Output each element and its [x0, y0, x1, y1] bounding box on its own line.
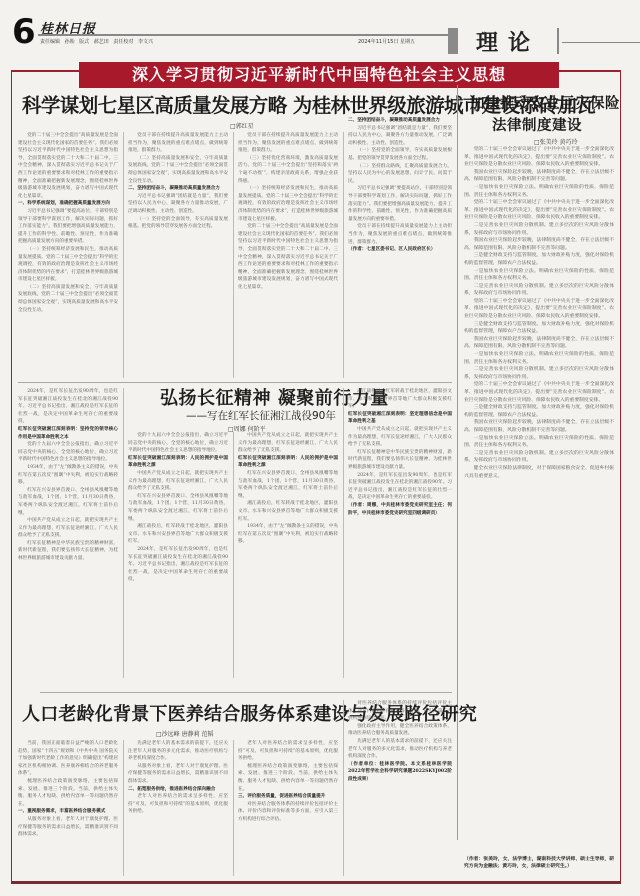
column-divider [123, 740, 124, 876]
paragraph: 党的二十届三中全会提出“高质量发展是全面建设社会主义现代化国家的首要任务”。我们… [18, 132, 118, 200]
paragraph: 党的二十届三中全会审议通过了《中共中央关于进一步全面深化改革、推进中国式现代化的… [464, 298, 614, 321]
paragraph: （二）坚持高质量发展和安全，守牢高质量发展底线。党的二十届三中全会提出“必须全面… [128, 155, 228, 185]
article1-column-2: 党员干部在持续提升高质量发展能力上主动担当作为，聚焦发展的重点难点堵点，做到统筹… [128, 132, 228, 378]
paragraph: 红军长征精神是中华民族宝贵的精神财富，新时代新征程，我们要弘扬伟大长征精神，为桂… [18, 540, 118, 563]
paragraph: 1934年，由于“左”倾教条主义的错误，中央红军在第五次反“围剿”中失利，被迫实… [238, 523, 338, 546]
paragraph: （二）坚持群众路线，汇聚高质量发展合力。坚持以人民为中心的发展思想，问计于民、问… [348, 163, 452, 186]
column-divider [343, 700, 344, 876]
paragraph: 党的二十届三中全会审议通过了《中共中央关于进一步全面深化改革、推进中国式现代化的… [464, 146, 614, 169]
editors-line: 责任编辑 孙貽 版式 郝艺田 责任校对 李文兴 [40, 38, 153, 45]
paragraph: 一是加快农业巨灾保险立法。明确农业巨灾保险的性质、保险范围、责任主体和各方权利义… [464, 435, 614, 450]
section-marker-block [448, 28, 458, 54]
paragraph: 2024年，是红军长征出发90周年，也是红军长征突破湘江战役发生在桂北的湘江战役… [128, 546, 228, 584]
paragraph: 党的二十届三中全会提出“高质量发展是全面建设社会主义现代化国家的首要任务”。我们… [238, 223, 338, 291]
paragraph: 红军在兴安县界首渡口、全州县凤凰嘴等地与敌军血战，1个团、1个营，11月30日黄… [238, 470, 338, 500]
paragraph: （一）坚持党的全面领导，夯实高质量发展根基。把党的领导贯穿发展各方面全过程。 [348, 147, 452, 162]
article1-subhead-2-alt: 二、坚持团结奋斗，凝聚推动高质量发展合力 [348, 117, 452, 125]
article1-column-1: 党的二十届三中全会提出“高质量发展是全面建设社会主义现代化国家的首要任务”。我们… [18, 132, 118, 378]
article2-title-line2: 法律制度建设 [492, 114, 582, 135]
paragraph: 二是完善农业巨灾风险分散机制。建立多层次的巨灾风险分散体系，发挥政府与市场协同作… [464, 450, 614, 465]
article4-column-2: 先满足老年人的基本需求的前提下，还应关注老年人对服务的多元化需求，推动医疗机构与… [128, 740, 228, 876]
article1-column-3: 党员干部在持续提升高质量发展能力上主动担当作为，聚焦发展的重点难点堵点，做到统筹… [238, 132, 338, 378]
column-divider [233, 132, 234, 378]
section-title: 理论 [476, 26, 540, 57]
paragraph: 红军在兴安县界首渡口、全州县凤凰嘴等地与敌军血战，1个团、1个营，11月30日黄… [128, 493, 228, 523]
frame-bottom-border [11, 881, 621, 884]
paragraph: 1934年，由于“左”倾教条主义的错误，中央红军在第五次反“围剿”中失利，被迫实… [18, 464, 118, 487]
paragraph: 健全农业巨灾保险法律制度，对于保障国家粮食安全、促进乡村振兴具有重要意义。 [464, 465, 614, 480]
article3-column-2: 党的十九届六中全会公报指出，确立习近平同志党中央的核心、全党的核心地位，确立习近… [128, 432, 228, 678]
article2-column: 党的二十届三中全会审议通过了《中共中央关于进一步全面深化改革、推进中国式现代化的… [464, 146, 614, 871]
paragraph: 从服务对象上看，老年人对于康复护理、医疗保健等服务的需求日益增长，需精准识别不同… [18, 816, 118, 839]
article1-subhead-2: 二、坚持团结奋斗，凝聚推动高质量发展合力 [128, 185, 228, 193]
paragraph: 三是健全财政支持与监管制度。加大财政补贴力度，强化对保险机构的监督管理，保障农户… [464, 321, 614, 336]
paragraph: 习近平总书记强调“团结就是力量”，我们要坚持以人民为中心，凝聚各方力量推动发展，… [128, 193, 228, 216]
paragraph: （一）坚持统筹经济发展和民生，推动高质量发展提质。党的二十届三中全会提出“科学的… [238, 185, 338, 223]
paragraph: 二是完善农业巨灾风险分散机制。建立多层次的巨灾风险分散体系，发挥政府与市场协同作… [464, 222, 614, 237]
article2-author-note: （作者：张美玲，女，法学博士，湖南科技大学讲师、硕士生导师，研究方向为金融法；黄… [464, 856, 614, 871]
paragraph: 党员干部在持续提升高质量发展能力上主动担当作为，聚焦发展的重点难点堵点，做到统筹… [128, 132, 228, 155]
paragraph: 2024年，是红军长征出发90周年，也是红军长征突破湘江战役发生在桂北的湘江战役… [348, 472, 452, 502]
paragraph: 我国农业巨灾保险起步较晚，法律制度尚不健全，存在立法层级不高、保障范围有限、风险… [464, 169, 614, 184]
article1-byline: □郭红星 [230, 121, 254, 130]
paragraph: （一）坚持党的全面领导，夯实高质量发展根基。把党的领导贯穿发展各方面全过程。 [128, 216, 228, 231]
paragraph: 习近平总书记强调“要提高站位，干部特别是领导干部要科学谋划工作，解决实际问题，抓… [348, 185, 452, 223]
article3-subhead-3: 红军长征突破湘江深刻表明：坚定理想信念是中国革命胜利之基 [348, 411, 452, 426]
paragraph: 老年人对医养结合的需求呈多样性，应坚持“可及、可负担和可持续”的基本原则，优化服… [128, 793, 228, 816]
masthead-rule [38, 34, 450, 36]
right-column-divider [457, 85, 458, 840]
paragraph: 湘江战役后，红军转战于桂北地区，灌阳县文市、水车和兴安县界首等地广大群众积极支援… [348, 388, 452, 411]
paragraph: 湘江战役后，红军转战于桂北地区，灌阳县文市、水车和兴安县界首等地广大群众积极支援… [238, 500, 338, 523]
paragraph: 党的十九届六中全会公报指出，确立习近平同志党中央的核心、全党的核心地位，确立习近… [128, 432, 228, 455]
paragraph: 老年人对医养结合的需求呈多样性，应坚持“可及、可负担和可持续”的基本原则，优化服… [238, 740, 338, 763]
column-divider [343, 132, 344, 378]
article2-byline: □张美玲 黄巧玲 [534, 137, 578, 146]
article1-author-note: （作者：七星区委书记、区人民政府区长） [348, 246, 452, 254]
article3-subhead-2b: 红军长征突破湘江深刻表明：人民的拥护是中国革命胜利之源 [238, 455, 338, 470]
paragraph: 对医养结合服务体系的持续评价包括评价主体、评价内容和评价标准等多方面，应引入第三… [238, 801, 338, 824]
paragraph: 二是完善农业巨灾风险分散机制。建立多层次的巨灾风险分散体系，发挥政府与市场协同作… [464, 366, 614, 381]
paragraph: 一是加快农业巨灾保险立法。明确农业巨灾保险的性质、保险范围、责任主体和各方权利义… [464, 351, 614, 366]
paragraph: 二是完善农业巨灾风险分散机制。建立多层次的巨灾风险分散体系，发挥政府与市场协同作… [464, 283, 614, 298]
paragraph: 强化政府主导作用，健全医养结合政策体系，推动医养结合服务高质量发展。 [348, 723, 452, 738]
article3-column-3: 中国共产党从成立之日起，就把实现共产主义作为最高理想，红军长征途经湘江，广大人民… [238, 432, 338, 678]
paragraph: 湘江战役后，红军转战于桂北地区，灌阳县文市、水车和兴安县界首等地广大群众积极支援… [128, 523, 228, 546]
paragraph: 中国共产党从成立之日起，就把实现共产主义作为最高理想，红军长征途经湘江，广大人民… [128, 470, 228, 493]
article3-subhead-1: 红军长征突破湘江深刻表明：坚持党的领导核心作用是中国革命胜利之本 [18, 426, 118, 441]
paragraph: 红军长征精神是中华民族宝贵的精神财富，新时代新征程，我们要弘扬伟大长征精神，为桂… [348, 449, 452, 472]
paragraph: 一是加快农业巨灾保险立法。明确农业巨灾保险的性质、保险范围、责任主体和各方权利义… [464, 268, 614, 283]
paragraph: 当前，我国正面临着日益严峻的人口老龄化趋势，国家“十四五”规划和《中共中央 国务… [18, 740, 118, 778]
section-divider [18, 382, 452, 383]
paragraph: 三是健全财政支持与监管制度。加大财政补贴力度，强化对保险机构的监督管理，保障农户… [464, 252, 614, 267]
paragraph: 党员干部在持续提升高质量发展能力上主动担当作为，聚焦发展的重点难点堵点，做到统筹… [348, 223, 452, 246]
column-divider [123, 388, 124, 678]
article1-column-4: 二、坚持团结奋斗，凝聚推动高质量发展合力 习近平总书记强调“团结就是力量”，我们… [348, 117, 452, 378]
column-divider [123, 132, 124, 378]
paragraph: 2024年，是红军长征出发90周年，也是红军长征突破湘江战役发生在桂北的湘江战役… [18, 388, 118, 426]
paragraph: 从服务对象上看，老年人对于康复护理、医疗保健等服务的需求日益增长，需精准识别不同… [128, 763, 228, 786]
column-divider [233, 740, 234, 876]
paragraph: 我国农业巨灾保险起步较晚，法律制度尚不健全，存在立法层级不高、保障范围有限、风险… [464, 237, 614, 252]
article3-column-1: 2024年，是红军长征出发90周年，也是红军长征突破湘江战役发生在桂北的湘江战役… [18, 388, 118, 678]
paragraph: 中国共产党从成立之日起，就把实现共产主义作为最高理想，红军长征途经湘江，广大人民… [238, 432, 338, 455]
paragraph: 梳理医养结合政策演变脉络，主要包括探索、发展、推进三个阶段。当前，供给主体失衡、… [18, 778, 118, 808]
paragraph: 中国共产党从成立之日起，就把实现共产主义作为最高理想，红军长征途经湘江，广大人民… [348, 426, 452, 449]
article2-title-line1: 加快推动农业巨灾保险 [470, 92, 620, 113]
article3-subhead-2: 红军长征突破湘江深刻表明：人民的拥护是中国革命胜利之源 [128, 455, 228, 470]
paragraph: 党的十九届六中全会公报指出，确立习近平同志党中央的核心、全党的核心地位，确立习近… [18, 441, 118, 464]
section-divider [40, 692, 452, 693]
page-number: 6 [12, 14, 36, 50]
article3-subtitle: ——写在红军长征湘江战役90年 [186, 408, 336, 423]
column-divider [343, 388, 344, 678]
masthead: 6 桂林日报 责任编辑 孙貽 版式 郝艺田 责任校对 李文兴 2024年11月1… [0, 0, 640, 60]
paragraph: 先满足老年人的基本需求的前提下，还应关注老年人对服务的多元化需求，推动医疗机构与… [348, 738, 452, 761]
paragraph: 党的二十届三中全会审议通过了《中共中央关于进一步全面深化改革、推进中国式现代化的… [464, 381, 614, 404]
paragraph: 红军在兴安县界首渡口、全州县凤凰嘴等地与敌军血战，1个团、1个营，11月30日黄… [18, 487, 118, 517]
paragraph: 习近平总书记强调“要提高站位，干部特别是领导干部要科学谋划工作，解决实际问题，抓… [18, 208, 118, 246]
article3-author-note: （作者：周娜，中共桂林市委党史研究室主任；何阶平，中共桂林市委党史研究室四级调研… [348, 502, 452, 517]
column-divider [233, 432, 234, 678]
paragraph: 我国农业巨灾保险起步较晚，法律制度尚不健全，存在立法层级不高、保障范围有限、风险… [464, 336, 614, 351]
article4-subhead-1: 一、重视服务需求，丰富医养结合服务模式 [18, 808, 118, 816]
paragraph: （三）坚持优化营商环境，激发高质量发展活力。党的二十届三中全会提出“坚持和落实‘… [238, 155, 338, 185]
article4-column-4: 对医养结合服务体系的持续评价包括评价主体、评价内容和评价标准等多方面，应引入第三… [348, 700, 452, 876]
paragraph: （一）坚持统筹经济发展和民生，推动高质量发展提质。党的二十届三中全会提出“科学的… [18, 246, 118, 284]
paragraph: 三是健全财政支持与监管制度。加大财政补贴力度，强化对保险机构的监督管理，保障农户… [464, 404, 614, 419]
paragraph: 党的二十届三中全会审议通过了《中共中央关于进一步全面深化改革、推进中国式现代化的… [464, 199, 614, 222]
article4-column-1: 当前，我国正面临着日益严峻的人口老龄化趋势，国家“十四五”规划和《中共中央 国务… [18, 740, 118, 876]
article4-column-3: 老年人对医养结合的需求呈多样性，应坚持“可及、可负担和可持续”的基本原则，优化服… [238, 740, 338, 876]
theme-banner: 深入学习贯彻习近平新时代中国特色社会主义思想 [79, 62, 559, 88]
article4-subhead-2: 二、拓宽服务供给，推进医养结合深向融合 [128, 786, 228, 794]
paragraph: 党员干部在持续提升高质量发展能力上主动担当作为，聚焦发展的重点难点堵点，做到统筹… [238, 132, 338, 155]
paragraph: （二）坚持高质量发展和安全，守牢高质量发展底线。党的二十届三中全会提出“必须全面… [18, 284, 118, 314]
paragraph: 中国共产党从成立之日起，就把实现共产主义作为最高理想，红军长征途经湘江，广大人民… [18, 517, 118, 540]
article3-column-4: 湘江战役后，红军转战于桂北地区，灌阳县文市、水车和兴安县界首等地广大群众积极支援… [348, 388, 452, 678]
paragraph: 对医养结合服务体系的持续评价包括评价主体、评价内容和评价标准等多方面，应引入第三… [348, 700, 452, 723]
paragraph: 习近平总书记强调“团结就是力量”，我们要坚持以人民为中心，凝聚各方力量推动发展，… [348, 125, 452, 148]
article4-byline: □沙远峰 唐静莉 范韬 [156, 729, 213, 738]
article1-subhead-1: 一、科学系统谋划，准确把握高质量发展方向 [18, 200, 118, 208]
article4-subhead-3: 三、评价服务质量，促进医养结合质量提升 [238, 793, 338, 801]
paragraph: 梳理医养结合政策演变脉络，主要包括探索、发展、推进三个阶段。当前，供给主体失衡、… [238, 763, 338, 793]
issue-date: 2024年11月15日 星期五 [358, 38, 415, 45]
section-marker-bar [557, 28, 559, 54]
paragraph: 先满足老年人的基本需求的前提下，还应关注老年人对服务的多元化需求，推动医疗机构与… [128, 740, 228, 763]
article4-author-note: （作者单位：桂林医学院。本文系桂林医学院2022年哲学社会科学研究课题2022S… [348, 761, 452, 784]
paragraph: 一是加快农业巨灾保险立法。明确农业巨灾保险的性质、保险范围、责任主体和各方权利义… [464, 184, 614, 199]
masthead-rule-right [562, 42, 640, 43]
paragraph: 我国农业巨灾保险起步较晚，法律制度尚不健全，存在立法层级不高、保障范围有限、风险… [464, 419, 614, 434]
